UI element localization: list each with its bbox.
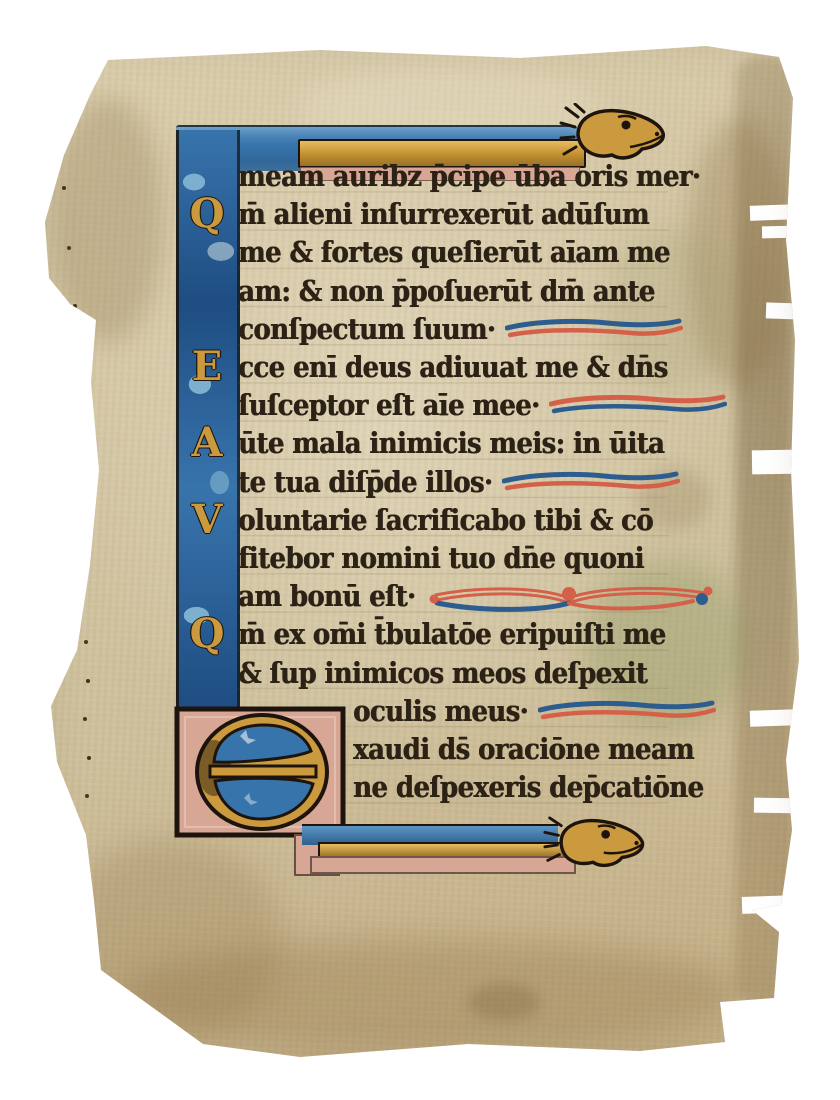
text-line: Ecce enī deus adiuuat me & dn̄s	[238, 349, 668, 387]
edge-slit	[752, 450, 800, 475]
line-text: te tua diſp̄de illos·	[238, 466, 492, 499]
versal-initial: E	[181, 345, 233, 389]
line-text: m̄ alieni inſurrexerūt adūſum	[238, 199, 649, 232]
line-text: oculis meus·	[353, 695, 528, 728]
line-filler	[538, 700, 716, 724]
line-filler	[549, 394, 727, 418]
text-line: meam auribz p̄cipe ūba oris mer·	[238, 158, 668, 196]
line-text: fitebor nomini tuo dn̄e quoni	[238, 542, 644, 575]
prick-holes	[84, 640, 88, 644]
line-text: cce enī deus adiuuat me & dn̄s	[238, 352, 668, 385]
text-line: Voluntarie ſacrificabo tibi & cō	[238, 502, 668, 540]
versal-initial: A	[181, 421, 233, 465]
text-line: ſuſceptor eſt aīe mee·	[238, 387, 668, 425]
versal-initial: Q	[181, 612, 233, 656]
stain	[468, 983, 540, 1021]
edge-slit	[754, 798, 796, 814]
line-text: xaudi ds̄ oraciōne meam	[353, 733, 694, 766]
prick-holes	[58, 128, 62, 132]
text-line: Aūte mala inimicis meis: in ūita	[238, 425, 668, 463]
text-line: Qm̄ alieni inſurrexerūt adūſum	[238, 196, 668, 234]
stain	[58, 838, 282, 1042]
line-filler	[502, 471, 680, 495]
stain	[688, 118, 788, 388]
line-text: ūte mala inimicis meis: in ūita	[238, 428, 664, 461]
text-line: conſpectum ſuum·	[238, 311, 668, 349]
line-filler-ornate	[425, 582, 713, 612]
text-line: fitebor nomini tuo dn̄e quoni	[238, 540, 668, 578]
border-bottom-pink-strip	[310, 856, 576, 874]
text-line: Qm̄ ex om̄i t̄bulatōe eripuiſti me	[238, 616, 668, 654]
edge-slit	[750, 709, 797, 727]
edge-slit	[762, 226, 800, 239]
line-text: am: & non p̄poſuerūt dm̄ ante	[238, 275, 655, 308]
edge-slit	[766, 302, 801, 319]
line-text: & ſup inimicos meos deſpexit	[238, 657, 647, 690]
versal-initial: Q	[181, 192, 233, 236]
line-text: ne deſpexeris dep̄catiōne	[353, 772, 703, 805]
line-text: am bonū eſt·	[238, 581, 415, 614]
line-text: conſpectum ſuum·	[238, 313, 495, 346]
edge-slit	[742, 895, 797, 914]
line-text: oluntarie ſacrificabo tibi & cō	[238, 504, 653, 537]
stain	[736, 55, 794, 1005]
stain	[118, 938, 742, 1050]
stain	[52, 98, 164, 342]
text-line: am: & non p̄poſuerūt dm̄ ante	[238, 273, 668, 311]
line-text: meam auribz p̄cipe ūba oris mer·	[238, 161, 700, 194]
photo-background: meam auribz p̄cipe ūba oris mer·Qm̄ alie…	[0, 0, 840, 1100]
text-line: am bonū eſt·	[238, 578, 668, 616]
dragon-head-icon	[542, 812, 650, 874]
line-text: m̄ ex om̄i t̄bulatōe eripuiſti me	[238, 619, 665, 652]
manuscript-leaf: meam auribz p̄cipe ūba oris mer·Qm̄ alie…	[0, 0, 840, 1100]
illuminated-initial-E: E	[174, 706, 346, 838]
line-filler	[505, 318, 683, 342]
text-line: & ſup inimicos meos deſpexit	[238, 654, 668, 692]
versal-initial: V	[181, 498, 233, 542]
text-line: me & fortes queſierūt aīam me	[238, 234, 668, 272]
line-text: me & fortes queſierūt aīam me	[238, 237, 670, 270]
text-line: te tua diſp̄de illos·	[238, 464, 668, 502]
edge-slit	[750, 204, 798, 221]
line-text: ſuſceptor eſt aīe mee·	[238, 390, 539, 423]
